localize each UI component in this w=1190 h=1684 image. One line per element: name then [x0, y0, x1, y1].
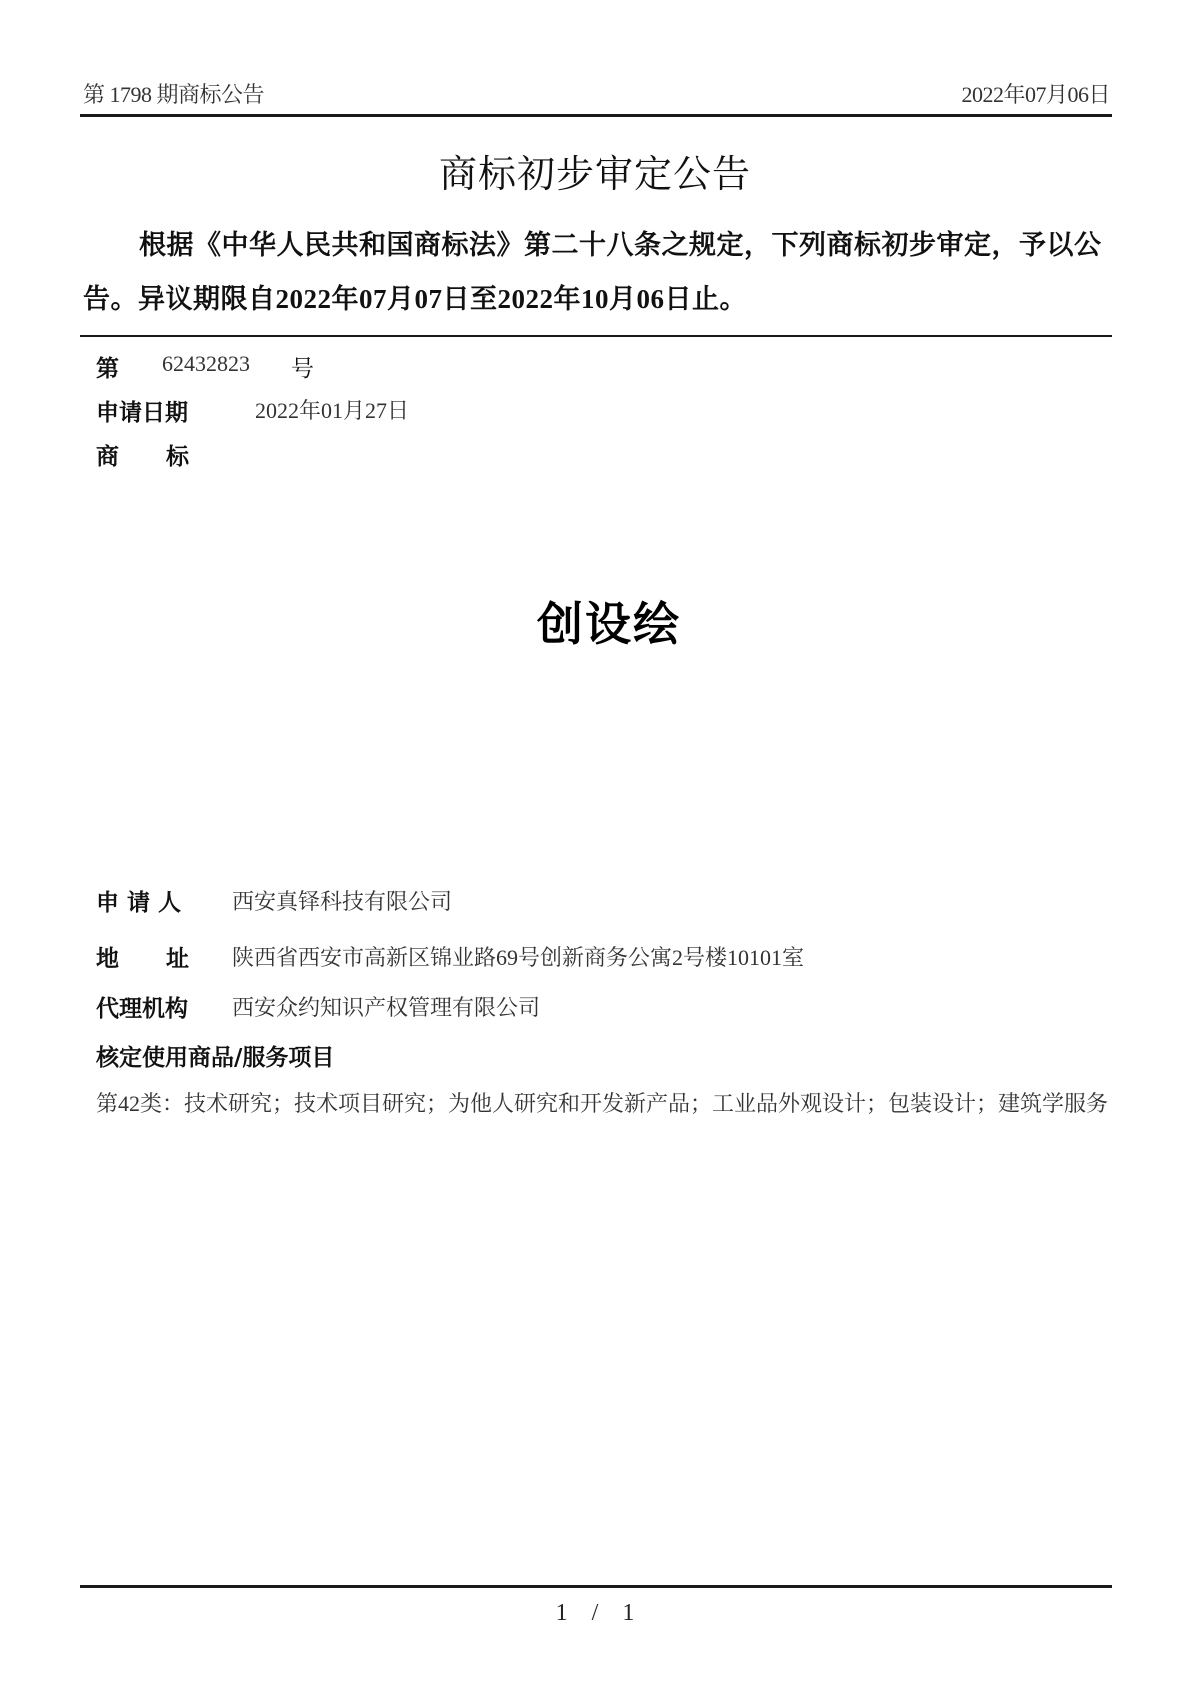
address-label-part-1: 地	[96, 940, 119, 973]
section-divider	[80, 335, 1112, 337]
agent-value: 西安众约知识产权管理有限公司	[232, 991, 540, 1022]
address-label-part-2: 址	[166, 940, 189, 973]
publication-date: 2022年07月06日	[961, 78, 1110, 109]
application-date-value: 2022年01月27日	[255, 394, 409, 425]
registration-prefix-label: 第	[96, 350, 119, 383]
registration-suffix-label: 号	[291, 350, 314, 383]
application-date-label: 申请日期	[96, 394, 188, 427]
footer-divider	[80, 1585, 1112, 1588]
address-value: 陕西省西安市高新区锦业路69号创新商务公寓2号楼10101室	[232, 941, 804, 972]
agent-label: 代理机构	[96, 990, 188, 1023]
trademark-label-part-2: 标	[166, 438, 189, 471]
applicant-label: 申请人	[96, 884, 189, 917]
trademark-mark: 创设绘	[0, 588, 1190, 654]
page-number: 1 / 1	[0, 1600, 1190, 1627]
registration-number: 62432823	[162, 351, 250, 377]
goods-services-heading: 核定使用商品/服务项目	[96, 1039, 334, 1072]
intro-paragraph: 根据《中华人民共和国商标法》第二十八条之规定，下列商标初步审定，予以公告。异议期…	[83, 218, 1113, 326]
applicant-value: 西安真铎科技有限公司	[232, 885, 452, 916]
trademark-label-part-1: 商	[96, 438, 119, 471]
header-divider	[80, 114, 1112, 117]
goods-services-text: 第42类：技术研究；技术项目研究；为他人研究和开发新产品；工业品外观设计；包装设…	[96, 1086, 1116, 1122]
page-title: 商标初步审定公告	[0, 143, 1190, 198]
issue-number: 第 1798 期商标公告	[83, 78, 264, 109]
